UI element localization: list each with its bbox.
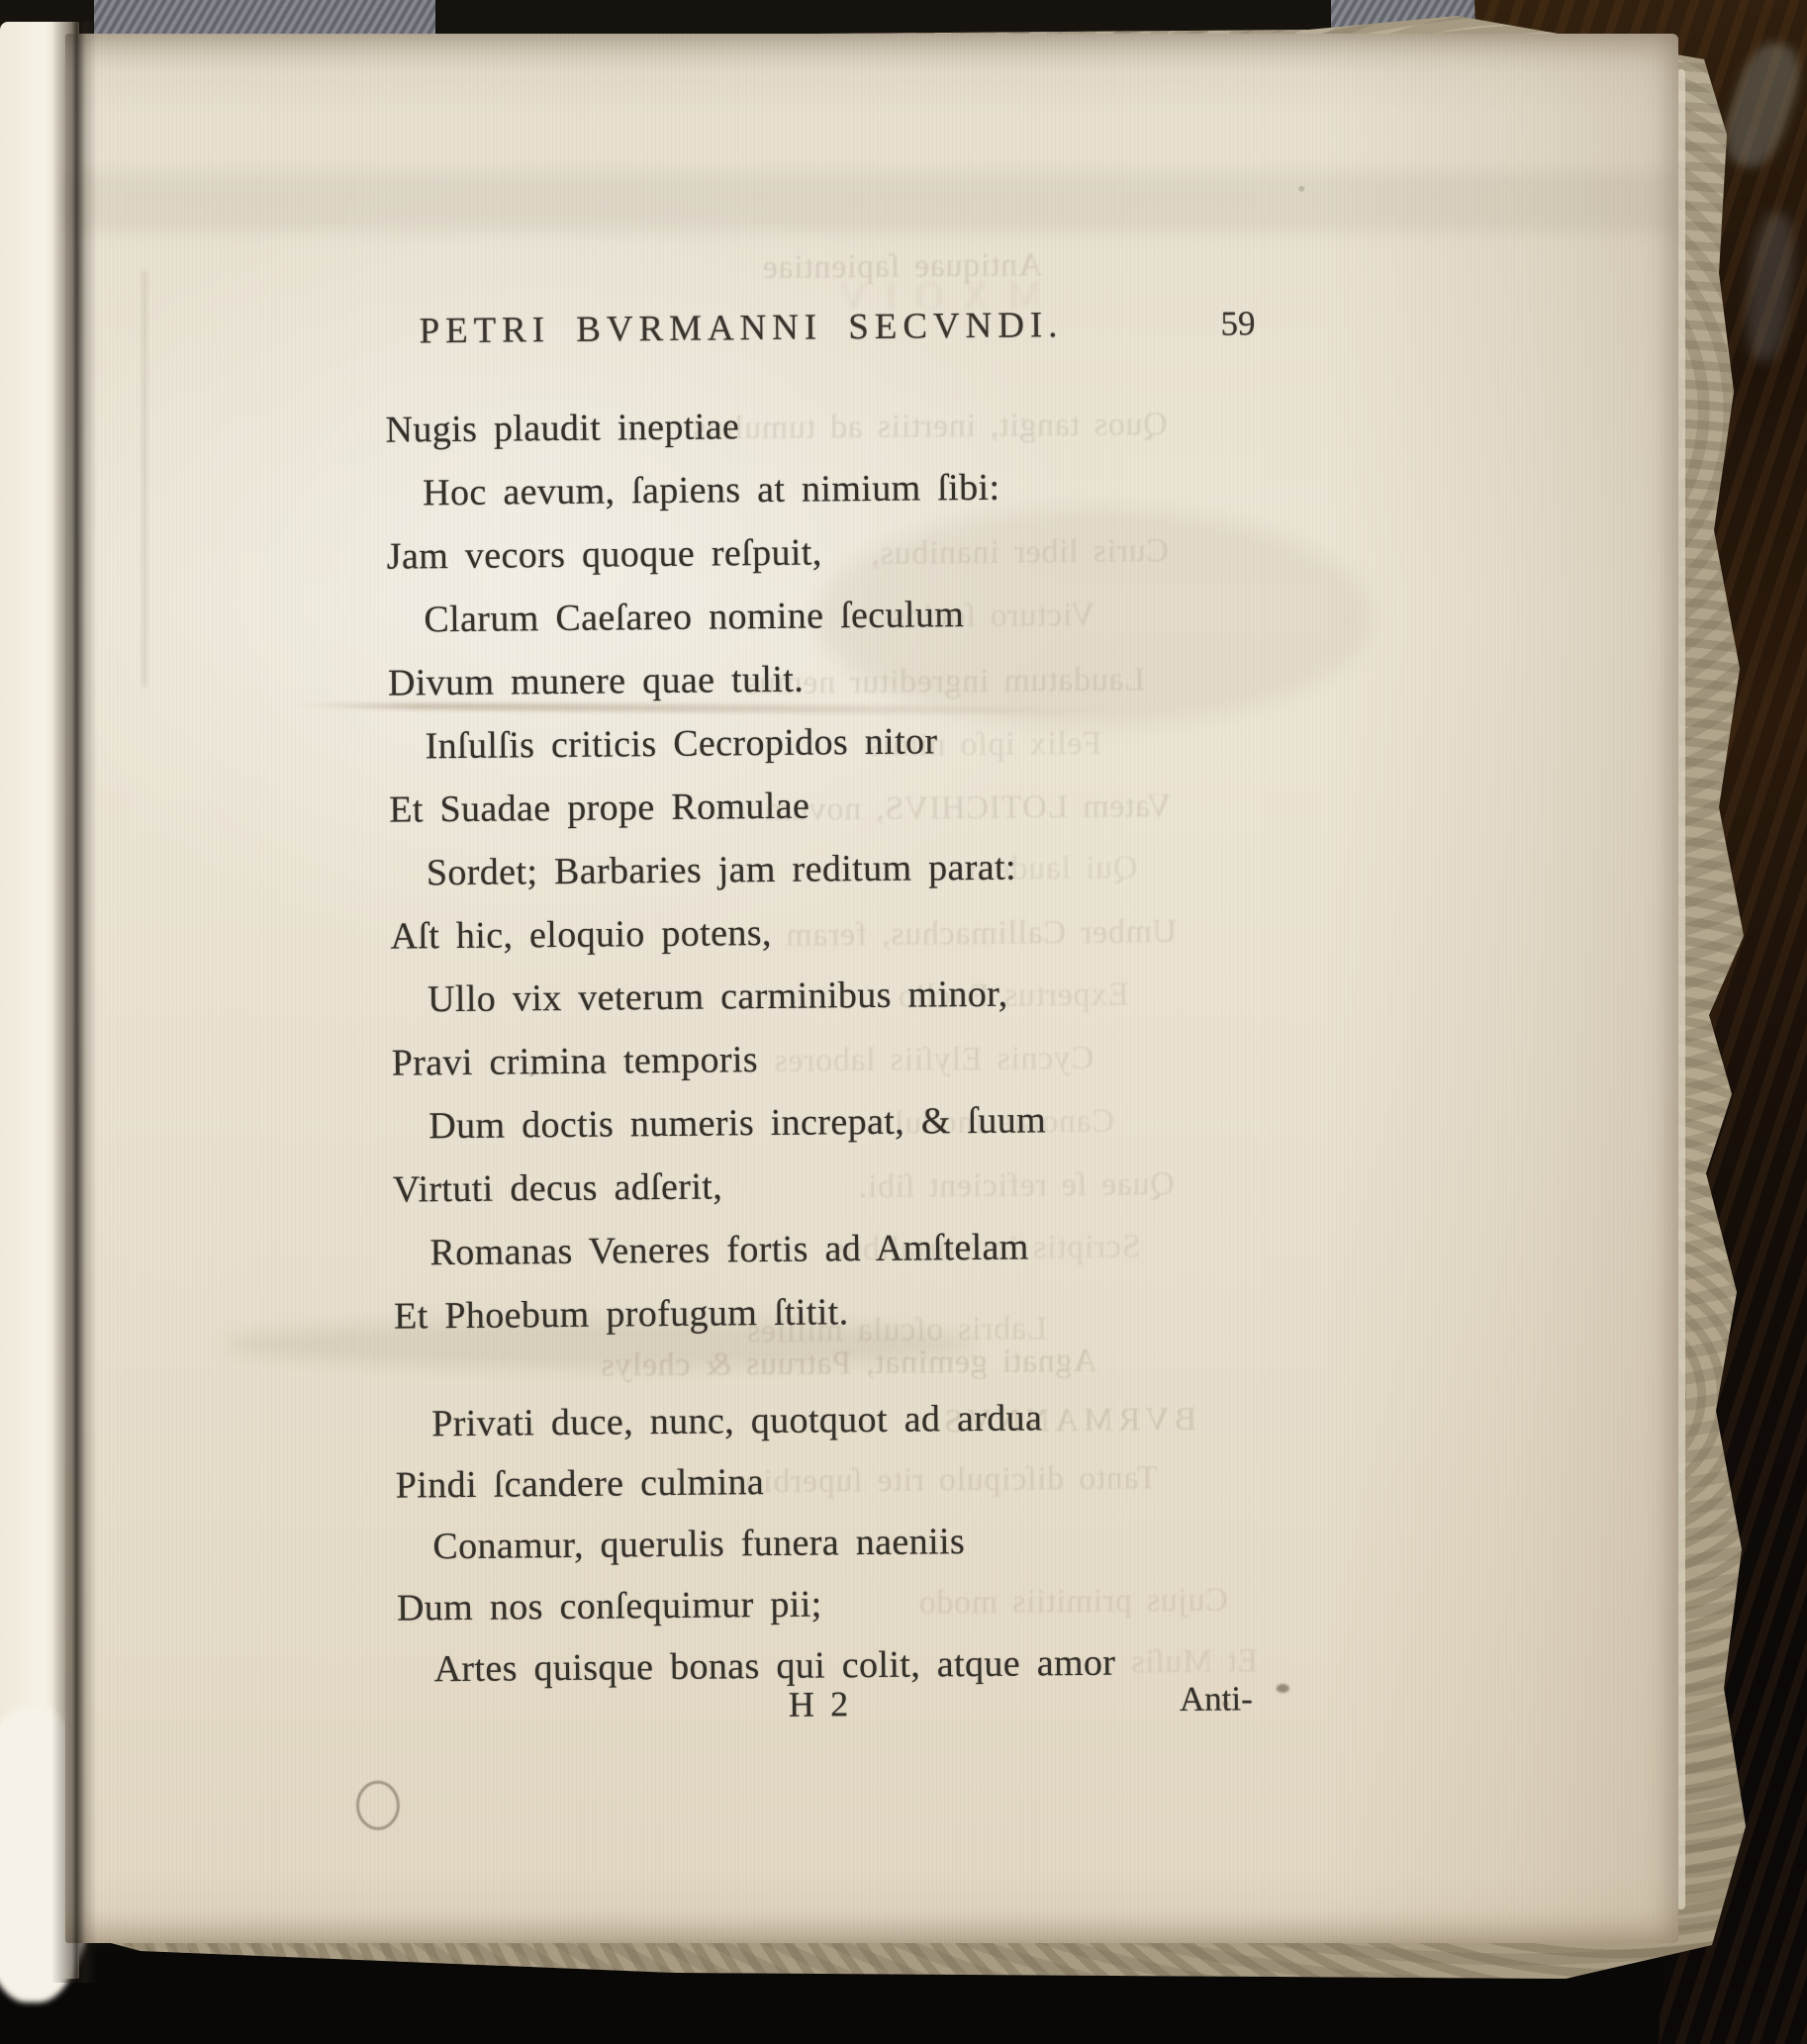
poem-line: Ullo vix veterum carminibus minor, bbox=[428, 972, 1008, 1023]
poem-line: Pravi crimina temporis bbox=[391, 1037, 758, 1086]
ink-speck bbox=[1298, 186, 1304, 192]
poem-line: Privati duce, nunc, quotquot ad ardua bbox=[431, 1395, 1042, 1446]
poem-line: Dum doctis numeris increpat, & ſuum bbox=[428, 1097, 1046, 1149]
book-page: Antiquae ſapientiae Quos tangit, inertii… bbox=[65, 34, 1678, 1943]
book-photo: Antiquae ſapientiae Quos tangit, inertii… bbox=[0, 0, 1807, 2044]
bleedthrough-line: Vatem LOTICHIVS, novum bbox=[764, 787, 1172, 830]
bleedthrough-line: Agnati geminat, Patruus & chelys bbox=[600, 1342, 1096, 1386]
catchword: Anti- bbox=[1180, 1679, 1253, 1719]
poem-line: Inſulſis criticis Cecropidos nitor bbox=[425, 718, 937, 769]
gutter-shadow bbox=[51, 22, 97, 1983]
bleedthrough-line: Laudatum ingreditur nemus bbox=[744, 660, 1145, 703]
ink-speck bbox=[1277, 1684, 1289, 1693]
ink-ring-mark bbox=[356, 1781, 400, 1830]
poem-line: Nugis plaudit ineptiae bbox=[385, 404, 739, 452]
poem-line: Virtuti decus adſerit, bbox=[393, 1163, 723, 1212]
poem-line: Hoc aevum, ſapiens at nimium ſibi: bbox=[423, 465, 1000, 516]
poem-line: Dum nos conſequimur pii; bbox=[397, 1582, 822, 1631]
bleedthrough-line: Curis liber inanibus, bbox=[870, 531, 1169, 574]
poem-line: Conamur, querulis funera naeniis bbox=[432, 1519, 965, 1569]
poem-line: Artes quisque bonas qui colit, atque amo… bbox=[433, 1640, 1115, 1693]
poem-line: Jam vecors quoque reſpuit, bbox=[387, 529, 822, 579]
bleedthrough-line: Et Muſis bbox=[1131, 1641, 1259, 1682]
page-number: 59 bbox=[1220, 304, 1255, 343]
poem-line: Clarum Caeſareo nomine ſeculum bbox=[424, 592, 964, 642]
poem-line: Divum munere quae tulit. bbox=[388, 657, 805, 706]
poem-line: Sordet; Barbaries jam reditum parat: bbox=[427, 845, 1017, 896]
poem-line: Pindi ſcandere culmina bbox=[396, 1459, 765, 1509]
ink-speck bbox=[1222, 1701, 1229, 1708]
running-header: PETRI BVRMANNI SECVNDI. bbox=[419, 304, 1063, 352]
bleedthrough-line: Tanto diſcipulo rite ſuperbior bbox=[733, 1458, 1158, 1502]
poem-line: Et Suadae prope Romulae bbox=[389, 784, 809, 833]
poem-line: Et Phoebum profugum ſtitit. bbox=[394, 1289, 849, 1339]
bleedthrough-line: Cujus primitiis modo bbox=[918, 1581, 1228, 1624]
poem-line: Aſt hic, eloquio potens, bbox=[390, 910, 772, 960]
bleedthrough-line: Quae ſe reficient ſibi. bbox=[858, 1164, 1175, 1207]
signature-mark: H 2 bbox=[789, 1683, 852, 1725]
poem-line: Romanas Veneres fortis ad Amſtelam bbox=[429, 1224, 1029, 1275]
ink-speck bbox=[529, 1071, 534, 1076]
bleedthrough-line: Quos tangit, inertiis ad tumultus bbox=[692, 405, 1167, 449]
bleedthrough-line: Umber Callimachus, feram bbox=[786, 912, 1178, 956]
bleedthrough-line: Cycnis Elyſiis labores bbox=[774, 1039, 1094, 1081]
printed-text-block: Antiquae ſapientiae Quos tangit, inertii… bbox=[56, 26, 1687, 1951]
